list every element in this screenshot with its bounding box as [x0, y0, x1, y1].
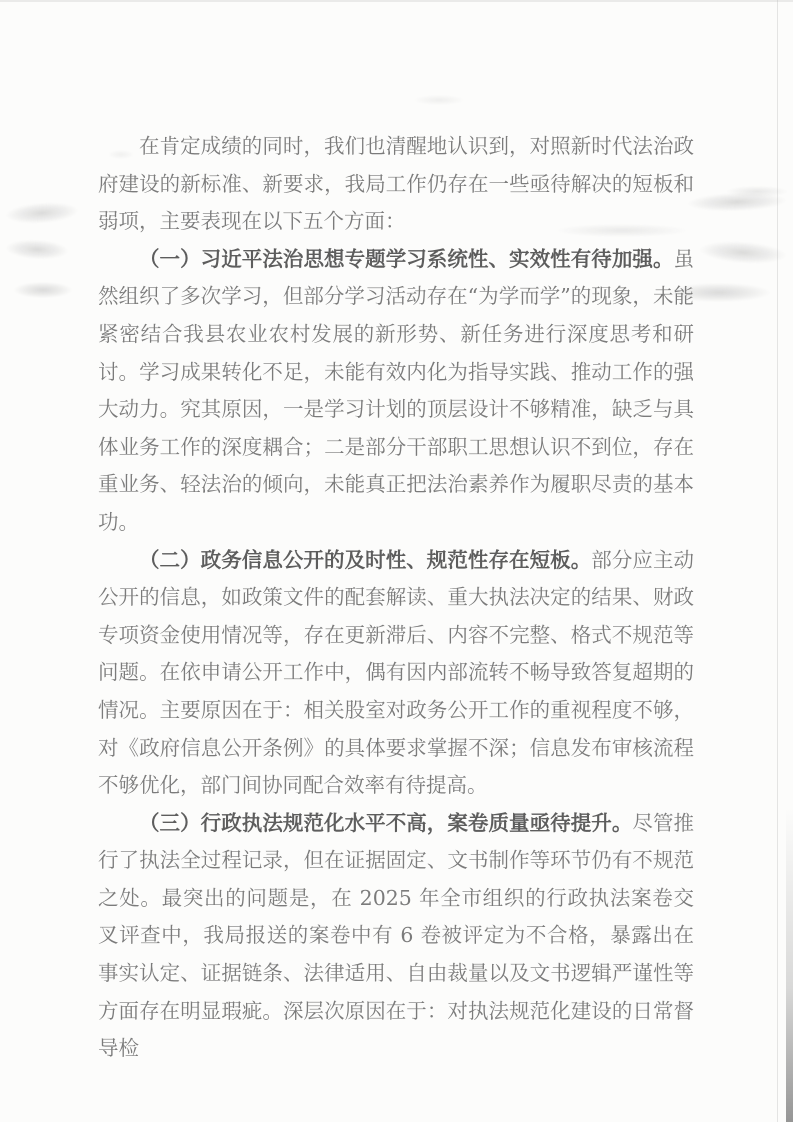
paragraph-text: 部分应主动公开的信息，如政策文件的配套解读、重大执法决定的结果、财政专项资金使用…: [98, 548, 694, 798]
paragraph-text: 尽管推行了执法全过程记录，但在证据固定、文书制作等环节仍有不规范之处。最突出的问…: [98, 811, 694, 1061]
document-body: 在肯定成绩的同时，我们也清醒地认识到，对照新时代法治政府建设的新标准、新要求，我…: [98, 128, 694, 1068]
scan-smudge: [14, 282, 72, 298]
scan-edge-shadow: [786, 0, 793, 1122]
scan-smudge: [6, 238, 69, 260]
scan-smudge: [414, 95, 464, 105]
scan-top-edge: [0, 0, 793, 2]
paragraph-item-3: （三）行政执法规范化水平不高，案卷质量亟待提升。尽管推行了执法全过程记录，但在证…: [98, 805, 694, 1068]
paragraph-lead: （二）政务信息公开的及时性、规范性存在短板。: [139, 548, 591, 572]
paragraph-lead: （一）习近平法治思想专题学习系统性、实效性有待加强。: [139, 247, 674, 271]
paragraph-text: 在肯定成绩的同时，我们也清醒地认识到，对照新时代法治政府建设的新标准、新要求，我…: [98, 134, 694, 233]
page-edge-crease: [777, 0, 778, 1122]
scan-smudge: [726, 186, 788, 197]
paragraph-item-1: （一）习近平法治思想专题学习系统性、实效性有待加强。虽然组织了多次学习，但部分学…: [98, 241, 694, 542]
scanned-document-page: 在肯定成绩的同时，我们也清醒地认识到，对照新时代法治政府建设的新标准、新要求，我…: [0, 0, 793, 1122]
paragraph-lead: （三）行政执法规范化水平不高，案卷质量亟待提升。: [139, 811, 632, 835]
scan-smudge: [5, 201, 78, 226]
paragraph-item-2: （二）政务信息公开的及时性、规范性存在短板。部分应主动公开的信息，如政策文件的配…: [98, 542, 694, 805]
scan-smudge: [699, 239, 786, 266]
paragraph-text: 虽然组织了多次学习，但部分学习活动存在“为学而学”的现象，未能紧密结合我县农业农…: [98, 247, 694, 534]
paragraph-intro: 在肯定成绩的同时，我们也清醒地认识到，对照新时代法治政府建设的新标准、新要求，我…: [98, 128, 694, 241]
